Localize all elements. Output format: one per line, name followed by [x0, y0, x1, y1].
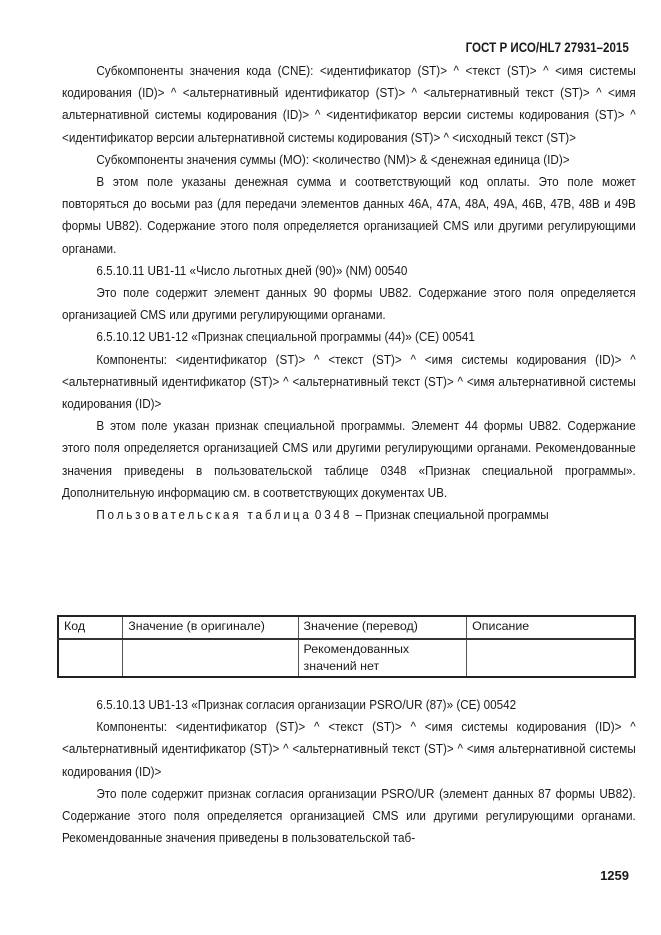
table-caption-dash: – — [355, 507, 362, 522]
column-header-value-translation: Значение (перевод) — [298, 616, 467, 639]
table-caption-number: 0348 — [315, 507, 352, 522]
table-header-row: Код Значение (в оригинале) Значение (пер… — [58, 616, 635, 639]
section-heading-6-5-10-13: 6.5.10.13 UB1-13 «Признак согласия орган… — [62, 694, 636, 716]
paragraph-ub1-12-description: В этом поле указан признак специальной п… — [62, 415, 636, 504]
column-header-description: Описание — [467, 616, 635, 639]
page-number: 1259 — [600, 868, 629, 883]
cell-code — [58, 639, 123, 677]
column-header-code: Код — [58, 616, 123, 639]
table-caption: Пользовательская таблица 0348 – Признак … — [62, 504, 636, 526]
section-heading-6-5-10-11: 6.5.10.11 UB1-11 «Число льготных дней (9… — [62, 260, 636, 282]
section-heading-6-5-10-12: 6.5.10.12 UB1-12 «Признак специальной пр… — [62, 326, 636, 348]
paragraph-cne-subcomponents: Субкомпоненты значения кода (CNE): <иден… — [62, 60, 636, 149]
document-page: ГОСТ Р ИСО/HL7 27931–2015 Субкомпоненты … — [0, 0, 661, 935]
table-row: Рекомендованных значений нет — [58, 639, 635, 677]
table-caption-label: Пользовательская таблица — [96, 507, 311, 522]
body-text-top: Субкомпоненты значения кода (CNE): <иден… — [62, 60, 636, 526]
body-text-bottom: 6.5.10.13 UB1-13 «Признак согласия орган… — [62, 694, 636, 849]
paragraph-ub1-11-description: Это поле содержит элемент данных 90 форм… — [62, 282, 636, 326]
cell-description — [467, 639, 635, 677]
cell-value-original — [123, 639, 298, 677]
paragraph-mo-subcomponents: Субкомпоненты значения суммы (MO): <коли… — [62, 149, 636, 171]
column-header-value-original: Значение (в оригинале) — [123, 616, 298, 639]
cell-value-translation: Рекомендованных значений нет — [298, 639, 467, 677]
paragraph-ub1-13-description: Это поле содержит признак согласия орган… — [62, 783, 636, 850]
paragraph-ub1-13-components: Компоненты: <идентификатор (ST)> ^ <текс… — [62, 716, 636, 783]
paragraph-amount-description: В этом поле указаны денежная сумма и соо… — [62, 171, 636, 260]
standard-header: ГОСТ Р ИСО/HL7 27931–2015 — [466, 40, 629, 55]
paragraph-ub1-12-components: Компоненты: <идентификатор (ST)> ^ <текс… — [62, 349, 636, 416]
user-table-0348: Код Значение (в оригинале) Значение (пер… — [57, 615, 636, 678]
table-caption-title: Признак специальной программы — [365, 507, 548, 522]
